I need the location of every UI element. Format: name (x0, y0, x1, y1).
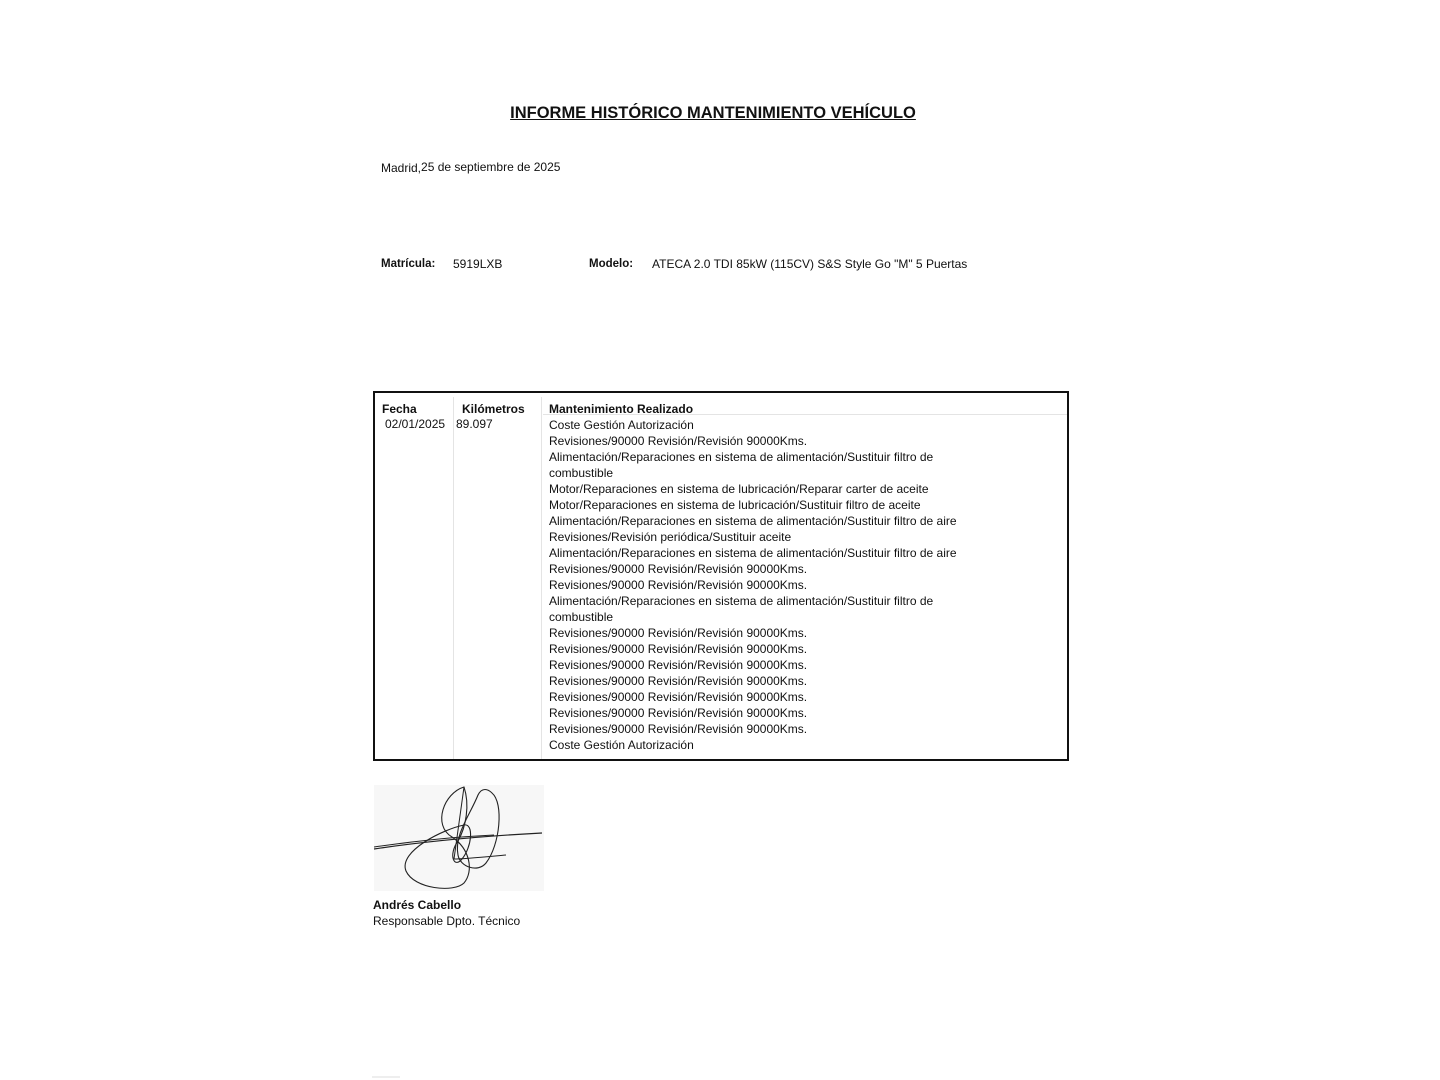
maintenance-item: Alimentación/Reparaciones en sistema de … (549, 449, 969, 481)
plate-label: Matrícula: (381, 258, 435, 270)
plate-value: 5919LXB (453, 257, 502, 271)
model-label: Modelo: (589, 258, 633, 270)
maintenance-item: Revisiones/90000 Revisión/Revisión 90000… (549, 577, 969, 593)
maintenance-item: Alimentación/Reparaciones en sistema de … (549, 593, 969, 625)
maintenance-item: Revisiones/90000 Revisión/Revisión 90000… (549, 689, 969, 705)
city: Madrid, (381, 161, 421, 175)
maintenance-item: Alimentación/Reparaciones en sistema de … (549, 513, 969, 529)
model-value: ATECA 2.0 TDI 85kW (115CV) S&S Style Go … (652, 257, 967, 271)
header-date: Fecha (382, 402, 417, 416)
maintenance-list: Coste Gestión AutorizaciónRevisiones/900… (549, 417, 969, 753)
signer-role: Responsable Dpto. Técnico (373, 914, 520, 928)
maintenance-item: Coste Gestión Autorización (549, 737, 969, 753)
handwritten-signature-icon (374, 785, 544, 891)
report-date: 25 de septiembre de 2025 (421, 160, 560, 174)
maintenance-item: Revisiones/90000 Revisión/Revisión 90000… (549, 433, 969, 449)
header-km: Kilómetros (462, 402, 525, 416)
column-divider (541, 397, 542, 759)
row-km: 89.097 (456, 417, 493, 431)
signer-name: Andrés Cabello (373, 898, 461, 912)
page-mark (372, 1076, 400, 1078)
maintenance-item: Revisiones/90000 Revisión/Revisión 90000… (549, 641, 969, 657)
column-divider (453, 397, 454, 759)
maintenance-item: Coste Gestión Autorización (549, 417, 969, 433)
report-title: INFORME HISTÓRICO MANTENIMIENTO VEHÍCULO (0, 104, 1426, 123)
maintenance-item: Revisiones/90000 Revisión/Revisión 90000… (549, 705, 969, 721)
maintenance-item: Revisiones/90000 Revisión/Revisión 90000… (549, 561, 969, 577)
header-maintenance: Mantenimiento Realizado (549, 402, 693, 416)
maintenance-item: Revisiones/90000 Revisión/Revisión 90000… (549, 721, 969, 737)
maintenance-item: Revisiones/90000 Revisión/Revisión 90000… (549, 625, 969, 641)
place-date: Madrid,25 de septiembre de 2025 (381, 160, 560, 174)
maintenance-table: Fecha Kilómetros Mantenimiento Realizado… (373, 391, 1069, 761)
maintenance-item: Revisiones/Revisión periódica/Sustituir … (549, 529, 969, 545)
maintenance-item: Alimentación/Reparaciones en sistema de … (549, 545, 969, 561)
maintenance-item: Revisiones/90000 Revisión/Revisión 90000… (549, 673, 969, 689)
maintenance-item: Motor/Reparaciones en sistema de lubrica… (549, 497, 969, 513)
maintenance-item: Motor/Reparaciones en sistema de lubrica… (549, 481, 969, 497)
maintenance-item: Revisiones/90000 Revisión/Revisión 90000… (549, 657, 969, 673)
row-date: 02/01/2025 (385, 417, 445, 431)
